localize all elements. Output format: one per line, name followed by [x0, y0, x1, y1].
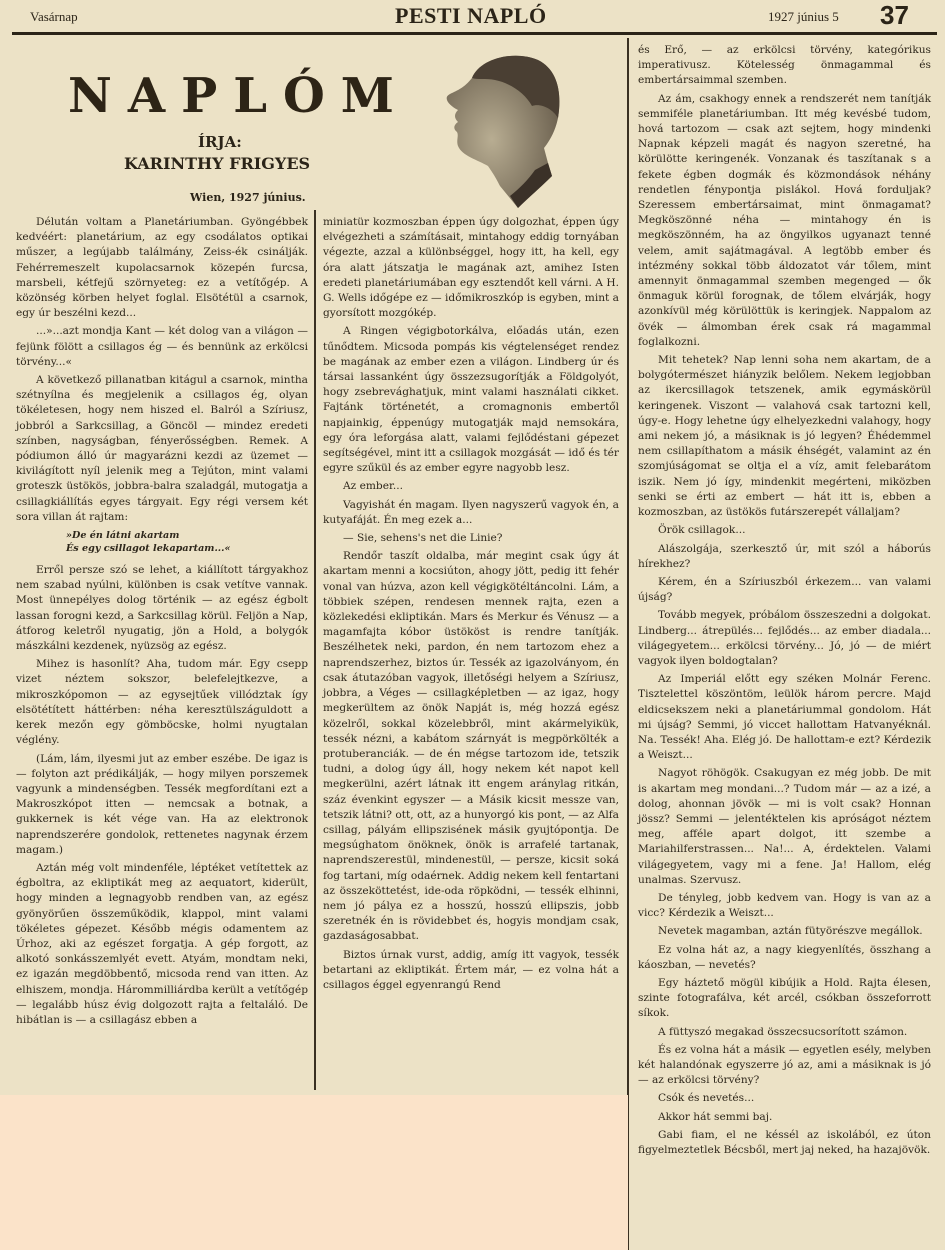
paragraph: — Sie, sehens's net die Linie?	[323, 531, 619, 546]
paragraph: miniatür kozmoszban éppen úgy dolgozhat,…	[323, 215, 619, 321]
paragraph: Az ám, csakhogy ennek a rendszerét nem t…	[638, 92, 931, 350]
masthead-rule	[12, 32, 937, 35]
author-portrait-image	[440, 48, 565, 208]
article-column-2: miniatür kozmoszban éppen úgy dolgozhat,…	[323, 215, 619, 996]
paragraph: Erről persze szó se lehet, a kiállított …	[16, 563, 308, 654]
masthead-paper-title: PESTI NAPLÓ	[395, 3, 547, 29]
paragraph: Az ember...	[323, 479, 619, 494]
paragraph: A füttyszó megakad összecsucsorított szá…	[638, 1025, 931, 1040]
paragraph: Egy háztető mögül kibújik a Hold. Rajta …	[638, 976, 931, 1022]
column-divider	[314, 210, 316, 1090]
paragraph: Délután voltam a Planetáriumban. Gyöngéb…	[16, 215, 308, 321]
newspaper-page: Vasárnap PESTI NAPLÓ 1927 június 5 37 NA…	[0, 0, 945, 1250]
column-divider	[627, 38, 629, 1250]
paragraph: Biztos úrnak vurst, addig, amíg itt vagy…	[323, 948, 619, 994]
paragraph: és Erő, — az erkölcsi törvény, kategórik…	[638, 43, 931, 89]
paragraph: Nagyot röhögök. Csakugyan ez még jobb. D…	[638, 766, 931, 888]
paragraph: Nevetek magamban, aztán fütyörészve megá…	[638, 924, 931, 939]
article-column-3: és Erő, — az erkölcsi törvény, kategórik…	[638, 43, 931, 1161]
paragraph: Tovább megyek, próbálom összeszedni a do…	[638, 608, 931, 669]
article-title: NAPLÓM	[68, 68, 410, 124]
masthead-date: 1927 június 5	[768, 9, 839, 25]
byline-label: ÍRJA:	[198, 133, 242, 151]
paragraph: A következő pillanatban kitágul a csarno…	[16, 373, 308, 525]
paragraph: Mit tehetek? Nap lenni soha nem akartam,…	[638, 353, 931, 520]
paragraph: A Ringen végigbotorkálva, előadás után, …	[323, 324, 619, 476]
article-column-1: Délután voltam a Planetáriumban. Gyöngéb…	[16, 215, 308, 1031]
paragraph: Örök csillagok...	[638, 523, 931, 538]
paragraph: (Lám, lám, ilyesmi jut az ember eszébe. …	[16, 752, 308, 858]
poem-quote: »De én látni akartam És egy csillagot le…	[16, 529, 308, 555]
paragraph: Kérem, én a Szíriuszból érkezem... van v…	[638, 575, 931, 605]
paragraph: Rendőr taszít oldalba, már megint csak ú…	[323, 549, 619, 944]
paragraph: Aztán még volt mindenféle, léptéket vetí…	[16, 861, 308, 1028]
paragraph: Alászolgája, szerkesztő úr, mit szól a h…	[638, 542, 931, 572]
paragraph: Csók és nevetés...	[638, 1091, 931, 1106]
paragraph: Akkor hát semmi baj.	[638, 1110, 931, 1125]
paragraph: De tényleg, jobb kedvem van. Hogy is van…	[638, 891, 931, 921]
masthead: Vasárnap PESTI NAPLÓ 1927 június 5 37	[0, 0, 945, 36]
paragraph: Mihez is hasonlít? Aha, tudom már. Egy c…	[16, 657, 308, 748]
paragraph: Az Imperiál előtt egy széken Molnár Fere…	[638, 672, 931, 763]
article-dateline: Wien, 1927 június.	[190, 191, 306, 204]
paragraph: Gabi fiam, el ne késsél az iskolából, ez…	[638, 1128, 931, 1158]
paragraph: Vagyishát én magam. Ilyen nagyszerű vagy…	[323, 498, 619, 528]
paragraph: Ez volna hát az, a nagy kiegyenlítés, ös…	[638, 943, 931, 973]
masthead-page-number: 37	[880, 0, 909, 31]
paragraph: ...»...azt mondja Kant — két dolog van a…	[16, 324, 308, 370]
paragraph: És ez volna hát a másik — egyetlen esély…	[638, 1043, 931, 1089]
masthead-day: Vasárnap	[30, 9, 78, 25]
blank-margin-area	[0, 1095, 628, 1250]
byline-author: KARINTHY FRIGYES	[124, 154, 310, 173]
